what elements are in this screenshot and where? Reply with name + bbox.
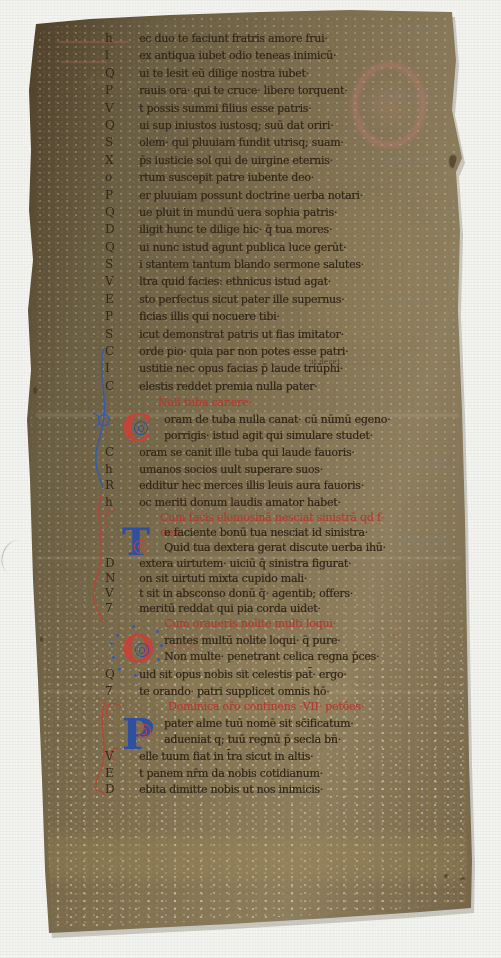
- verse-line: Si stantem tantum blando sermone salutes…: [100, 256, 400, 273]
- verse-line: lex antiqua iubet odio teneas inimicū·: [100, 47, 400, 64]
- verse-initial: Q: [100, 239, 139, 256]
- show-through-text: ut nra sit: [396, 458, 443, 470]
- verse-line: Prauis ora· qui te cruce· libere torquen…: [100, 82, 400, 99]
- verse-initial: S: [100, 256, 139, 273]
- verse-line: Debita dimitte nobis ut nos inimicis·: [100, 781, 400, 797]
- show-through-text: firma fide: [398, 534, 447, 546]
- verse-initial: h: [100, 30, 139, 47]
- verse-line: Redditur hec merces illis leuis aura fau…: [100, 477, 400, 493]
- verse-line: 7meritū reddat qui pia corda uidet·: [100, 601, 400, 616]
- verse-initial: C: [100, 378, 139, 395]
- verse-initial: S: [100, 134, 139, 151]
- parchment-leaf: hec duo te faciunt fratris amore frui·le…: [0, 0, 501, 958]
- verse-initial: 7: [100, 683, 139, 700]
- show-through-text: hic ordo: [386, 155, 428, 167]
- verse-text: i stantem tantum blando sermone salutes·: [139, 256, 364, 273]
- ink-speck: [444, 874, 448, 878]
- rubric: Noli tuba canere·: [158, 395, 400, 411]
- verse-initial: h: [100, 461, 139, 477]
- verse-text: ui te lesit eū dilige nostra iubet·: [139, 65, 309, 82]
- verse-initial: 7: [100, 601, 139, 616]
- verse-initial: V: [100, 273, 139, 290]
- verse-text: oram se canit ille tuba qui laude fauori…: [139, 445, 355, 461]
- verse-initial: l: [100, 47, 139, 64]
- verse-text: rtum suscepit patre iubente deo·: [139, 169, 314, 186]
- verse-section: Cum oraueris nolite multi loqui·Orantes …: [100, 616, 400, 699]
- verse-initial: o: [100, 169, 139, 186]
- rubric: Cum facis elemosinā nesciat sinistrā qd …: [160, 510, 400, 525]
- verse-line: Que pluit in mundū uera sophia patris·: [100, 204, 400, 221]
- verse-initial: V: [100, 586, 139, 601]
- verse-section: Cum facis elemosinā nesciat sinistrā qd …: [100, 510, 400, 616]
- verse-text: elestis reddet premia nulla pater·: [139, 378, 317, 395]
- verse-text: oram de tuba nulla canat· cū nūmū egeno·: [164, 412, 390, 428]
- verse-initial: D: [100, 221, 139, 238]
- verse-text: rauis ora· qui te cruce· libere torquent…: [139, 82, 347, 99]
- verse-text: ltra quid facies: ethnicus istud agat·: [139, 273, 331, 290]
- verse-text: te orando· patri supplicet omnis hō·: [139, 684, 329, 701]
- verse-initial: N: [100, 571, 139, 586]
- verse-text: ex antiqua iubet odio teneas inimicū·: [139, 47, 336, 64]
- verse-text: er pluuiam possunt doctrine uerba notari…: [139, 187, 363, 204]
- bottom-stain-band: [40, 836, 467, 880]
- verse-line: Celestis reddet premia nulla pater·: [100, 378, 400, 395]
- faint-red-interlinear: uilis uia: [162, 643, 198, 652]
- verse-line: Vltra quid facies: ethnicus istud agat·: [100, 273, 400, 290]
- show-through-text: elut pia: [398, 262, 437, 274]
- verse-text: elle tuum fiat in t̄ra sicut in altis·: [139, 749, 313, 765]
- verse-initial: h: [100, 494, 139, 510]
- verse-line: Sicut demonstrat patris ut fias imitator…: [100, 326, 400, 343]
- verse-line: Xp̄s iusticie sol qui de uirgine eternis…: [100, 152, 400, 169]
- show-through-text: p secla: [390, 496, 426, 508]
- verse-initial: E: [100, 291, 139, 308]
- verse-initial: S: [100, 326, 139, 343]
- show-through-text: de fide ret: [398, 57, 451, 69]
- verse-line: Pficias illis qui nocuere tibi·: [100, 308, 400, 325]
- ink-speck: [460, 877, 465, 880]
- verse-text: icut demonstrat patris ut fias imitator·: [139, 326, 344, 343]
- verse-line: Corde pio· quia par non potes esse patri…: [100, 343, 400, 360]
- verse-text: p̄s iusticie sol qui de uirgine eternis·: [139, 152, 333, 169]
- verse-text: iligit hunc te dilige hic· q̄ tua mores·: [139, 221, 332, 238]
- interlinear-gloss: ut decet: [309, 353, 340, 370]
- verse-text: extera uirtutem· uiciū q̄ sinistra figur…: [139, 556, 351, 571]
- verse-section: Noli tuba canere·Coram de tuba nulla can…: [100, 395, 400, 510]
- verse-line: Vt possis summi filius esse patris·: [100, 100, 400, 117]
- verse-line: Qui sup iniustos iustosq; suū dat oriri·: [100, 117, 400, 134]
- verse-line: Et panem nr̄m da nobis cotidianum·: [100, 765, 400, 781]
- verse-initial: Q: [100, 204, 139, 221]
- show-through-text: tu aia q: [400, 122, 439, 134]
- verse-initial: C: [100, 343, 139, 360]
- verse-text: t possis summi filius esse patris·: [139, 100, 311, 117]
- show-through-text: q sic am: [390, 25, 432, 37]
- verse-line: Vt sit in absconso donū q̄· agentib; off…: [100, 586, 400, 601]
- text-block: hec duo te faciunt fratris amore frui·le…: [100, 30, 400, 798]
- show-through-text: et vlter b: [86, 75, 138, 91]
- verse-line: Qui te lesit eū dilige nostra iubet·: [100, 65, 400, 82]
- verse-initial: P: [100, 187, 139, 204]
- verse-initial: Q: [100, 117, 139, 134]
- verse-text: on sit uirtuti mixta cupido mali·: [139, 571, 307, 586]
- illuminated-initial-T: T: [122, 525, 160, 565]
- verse-line: hec duo te faciunt fratris amore frui·: [100, 30, 400, 47]
- verse-text: ue pluit in mundū uera sophia patris·: [139, 204, 337, 221]
- verse-text: ec duo te faciunt fratris amore frui·: [139, 30, 328, 47]
- verse-initial: V: [100, 100, 139, 117]
- verse-text: meritū reddat qui pia corda uidet·: [139, 601, 321, 616]
- verse-line: Qui nunc istud agunt publica luce gerūt·: [100, 239, 400, 256]
- illuminated-initial-C: C: [122, 411, 160, 451]
- verse-text: t sit in absconso donū q̄· agentib; offe…: [139, 586, 353, 601]
- verse-initial: E: [100, 765, 139, 781]
- verse-line: humanos socios uult superare suos·: [100, 461, 400, 477]
- verse-text: pater alme tuū nomē sit sc̄ificatum·: [164, 716, 353, 732]
- rubric: Dominica or̄o continens ·VII· petōes·: [168, 699, 400, 715]
- rubric: Cum oraueris nolite multi loqui·: [164, 616, 400, 633]
- verse-line: hoc meriti donum laudis amator habet·: [100, 494, 400, 510]
- verse-text: edditur hec merces illis leuis aura fauo…: [139, 478, 364, 494]
- show-through-text: uita scla: [396, 188, 439, 200]
- verse-line: 7te orando· patri supplicet omnis hō·: [100, 683, 400, 700]
- verse-text: uid sit opus nobis sit celestis pat̄· er…: [139, 667, 346, 684]
- verse-section: hec duo te faciunt fratris amore frui·le…: [100, 30, 400, 395]
- verse-text: porrigis· istud agit qui simulare studet…: [164, 428, 373, 444]
- verse-line: ortum suscepit patre iubente deo·: [100, 169, 400, 186]
- verse-text: ebita dimitte nobis ut nos inimicis·: [139, 782, 323, 798]
- illuminated-initial-O: O: [122, 632, 160, 672]
- verse-text: e faciente bonū tua nesciat id sinistra·: [164, 525, 368, 540]
- verse-text: adueniat q; tuū regnū p̄ secla bn̄·: [164, 732, 341, 748]
- verse-line: Esto perfectus sicut pater ille supernus…: [100, 291, 400, 308]
- show-through-text: q pie cret: [390, 422, 439, 434]
- verse-initial: P: [100, 308, 139, 325]
- verse-text: ui sup iniustos iustosq; suū dat oriri·: [139, 117, 333, 134]
- verse-line: Per pluuiam possunt doctrine uerba notar…: [100, 187, 400, 204]
- verse-initial: D: [100, 781, 139, 797]
- red-correction-mark: ·:·: [387, 630, 402, 642]
- verse-initial: X: [100, 152, 139, 169]
- verse-line: Solem· qui pluuiam fundit utrisq; suam·: [100, 134, 400, 151]
- verse-text: ui nunc istud agunt publica luce gerūt·: [139, 239, 346, 256]
- verse-initial: R: [100, 477, 139, 493]
- filigree-spiral-icon: [134, 540, 148, 554]
- verse-text: sto perfectus sicut pater ille supernus·: [139, 291, 344, 308]
- verse-line: Non sit uirtuti mixta cupido mali·: [100, 571, 400, 586]
- verse-line: Iustitie nec opus facias p̄ laude triūph…: [100, 360, 400, 377]
- verse-initial: I: [100, 360, 139, 377]
- manuscript-photograph: hec duo te faciunt fratris amore frui·le…: [0, 0, 501, 958]
- show-through-text: nec ultos: [390, 224, 436, 236]
- verse-text: ficias illis qui nocuere tibi·: [139, 308, 280, 325]
- verse-line: Diligit hunc te dilige hic· q̄ tua mores…: [100, 221, 400, 238]
- verse-text: olem· qui pluuiam fundit utrisq; suam·: [139, 134, 344, 151]
- illuminated-initial-P: P: [122, 715, 160, 767]
- verse-text: Quid tua dextera gerat discute uerba ihū…: [164, 540, 386, 555]
- verse-section: Dominica or̄o continens ·VII· petōes·Ppa…: [100, 699, 400, 797]
- stray-fiber: [0, 537, 32, 577]
- show-through-text: in xpo fit: [398, 330, 443, 342]
- verse-text: t panem nr̄m da nobis cotidianum·: [139, 766, 323, 782]
- show-through-text: sic deo: [388, 294, 424, 306]
- show-through-text: p ce silo: [388, 90, 430, 102]
- verse-text: oc meriti donum laudis amator habet·: [139, 495, 341, 511]
- verse-text: umanos socios uult superare suos·: [139, 462, 323, 478]
